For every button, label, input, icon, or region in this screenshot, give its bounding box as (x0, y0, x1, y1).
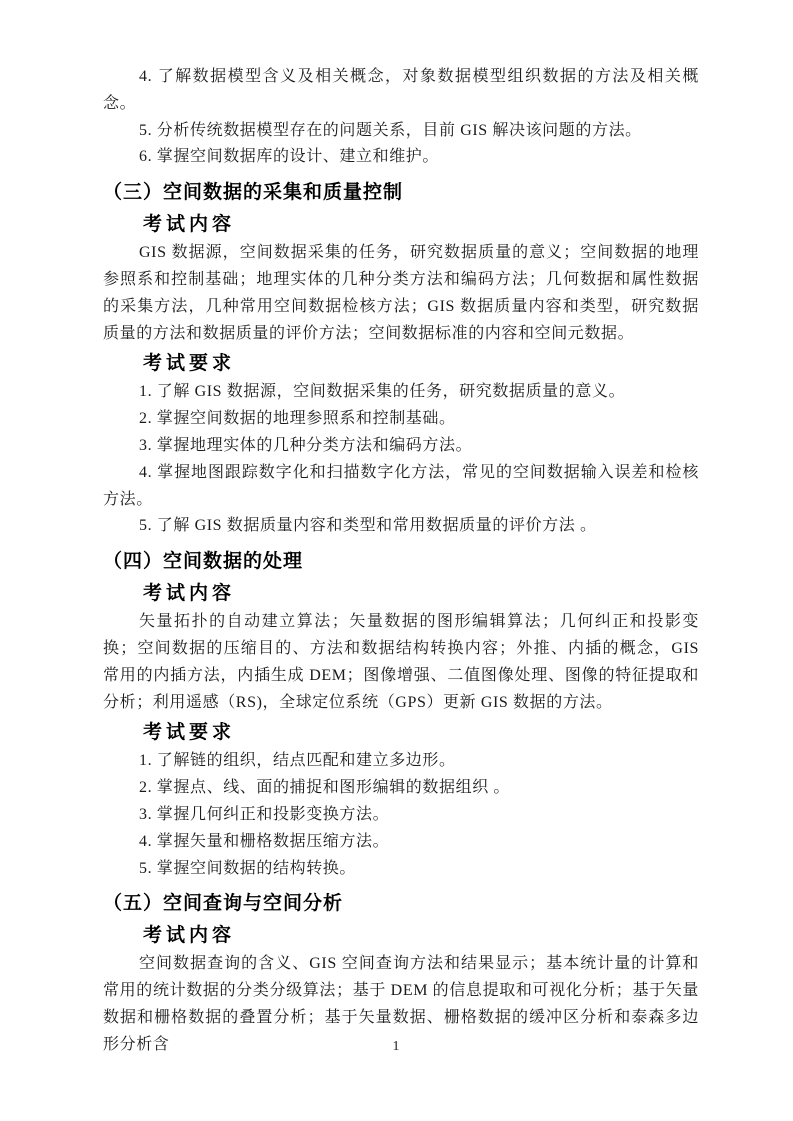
list-item: 4. 掌握矢量和栅格数据压缩方法。 (103, 829, 699, 856)
exam-content-heading: 考试内容 (103, 211, 699, 239)
section-title-5: （五）空间查询与空间分析 (103, 889, 699, 919)
list-item: 2. 掌握点、线、面的捕捉和图形编辑的数据组织 。 (103, 775, 699, 802)
paragraph: 矢量拓扑的自动建立算法；矢量数据的图形编辑算法；几何纠正和投影变换；空间数据的压… (103, 609, 699, 716)
list-item: 5. 分析传统数据模型存在的问题关系，目前 GIS 解决该问题的方法。 (103, 118, 699, 145)
exam-content-heading: 考试内容 (103, 580, 699, 608)
list-item: 3. 掌握几何纠正和投影变换方法。 (103, 802, 699, 829)
list-item: 4. 掌握地图跟踪数字化和扫描数字化方法，常见的空间数据输入误差和检核方法。 (103, 460, 699, 514)
list-item: 1. 了解链的组织，结点匹配和建立多边形。 (103, 748, 699, 775)
list-item: 2. 掌握空间数据的地理参照系和控制基础。 (103, 406, 699, 433)
paragraph: GIS 数据源，空间数据采集的任务，研究数据质量的意义；空间数据的地理参照系和控… (103, 240, 699, 347)
list-item: 5. 掌握空间数据的结构转换。 (103, 856, 699, 883)
list-item: 5. 了解 GIS 数据质量内容和类型和常用数据质量的评价方法 。 (103, 513, 699, 540)
list-item: 4. 了解数据模型含义及相关概念，对象数据模型组织数据的方法及相关概念。 (103, 64, 699, 118)
list-item: 1. 了解 GIS 数据源，空间数据采集的任务，研究数据质量的意义。 (103, 379, 699, 406)
page-number: 1 (0, 1039, 793, 1055)
section-title-3: （三）空间数据的采集和质量控制 (103, 178, 699, 208)
list-item: 6. 掌握空间数据库的设计、建立和维护。 (103, 144, 699, 171)
document-content: 4. 了解数据模型含义及相关概念，对象数据模型组织数据的方法及相关概念。 5. … (103, 64, 699, 1059)
exam-content-heading: 考试内容 (103, 922, 699, 950)
section-title-4: （四）空间数据的处理 (103, 547, 699, 577)
exam-requirements-heading: 考试要求 (103, 350, 699, 378)
list-item: 3. 掌握地理实体的几种分类方法和编码方法。 (103, 433, 699, 460)
document-page: 4. 了解数据模型含义及相关概念，对象数据模型组织数据的方法及相关概念。 5. … (0, 0, 793, 1121)
exam-requirements-heading: 考试要求 (103, 719, 699, 747)
